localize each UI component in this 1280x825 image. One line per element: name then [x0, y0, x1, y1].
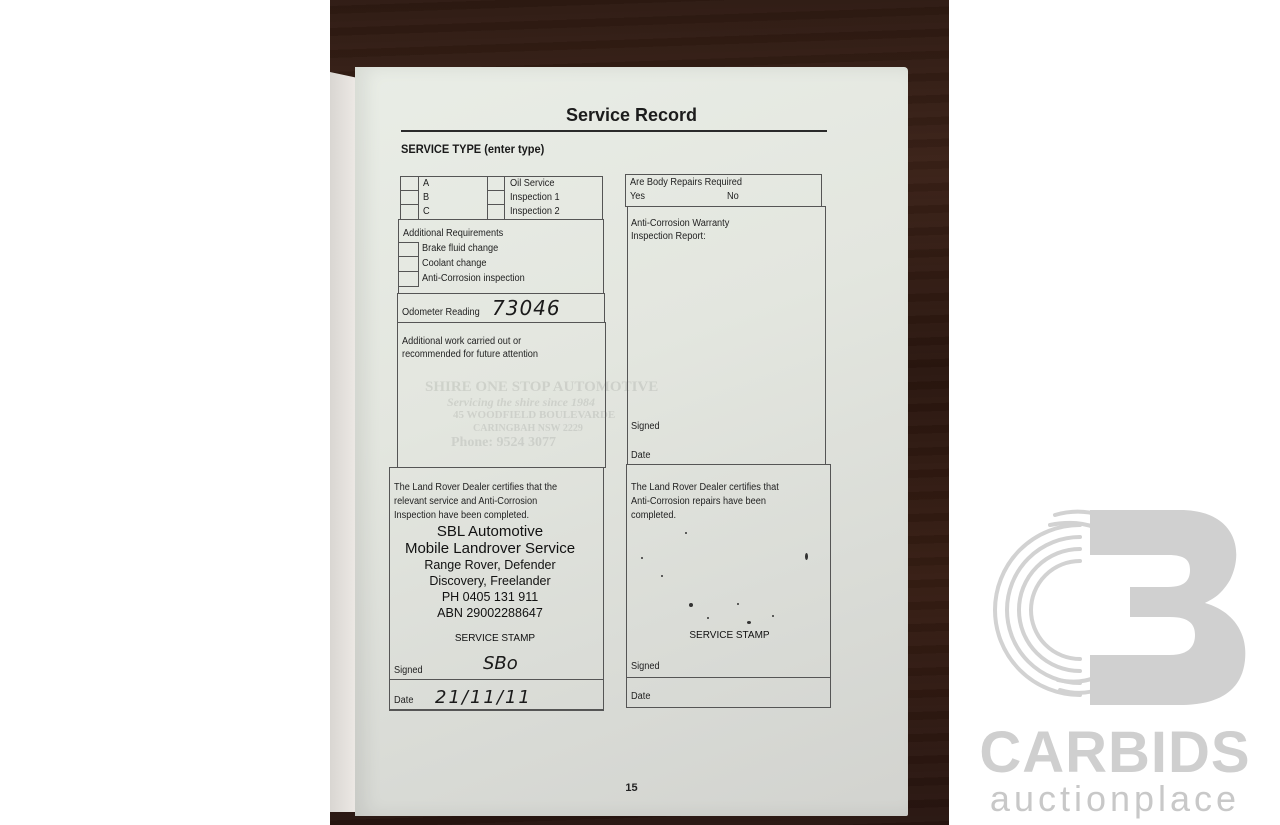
date-label-right: Date: [631, 691, 650, 702]
body-repairs-yes[interactable]: Yes: [630, 191, 645, 202]
service-type-inspection-1: Inspection 1: [510, 192, 560, 203]
warranty-label-1: Anti-Corrosion Warranty: [631, 218, 729, 229]
service-type-inspection-2: Inspection 2: [510, 206, 560, 217]
additional-work-label-2: recommended for future attention: [402, 349, 538, 360]
signed-divider: [389, 679, 604, 680]
warranty-date-label: Date: [631, 450, 650, 461]
date-value-left: 21/11/11: [435, 687, 532, 708]
ink-speck: [661, 575, 663, 577]
date-label-left: Date: [394, 695, 413, 706]
signature-left: SBo: [483, 653, 518, 674]
certification-text-line: The Land Rover Dealer certifies that: [631, 482, 779, 493]
warranty-inspection-section: Anti-Corrosion Warranty Inspection Repor…: [627, 206, 826, 465]
ink-speck: [805, 553, 808, 560]
ink-speck: [689, 603, 693, 607]
signed-label-right: Signed: [631, 661, 660, 672]
checkbox-a[interactable]: [401, 177, 419, 191]
ink-speck: [685, 532, 687, 534]
service-type-a: A: [423, 178, 429, 189]
signed-label-left: Signed: [394, 665, 423, 676]
ink-speck: [747, 621, 751, 624]
title-divider: [401, 130, 827, 132]
additional-requirements-heading: Additional Requirements: [403, 228, 503, 239]
body-repairs-no[interactable]: No: [727, 191, 739, 202]
service-type-c: C: [423, 206, 430, 217]
service-type-b: B: [423, 192, 429, 203]
checkbox-coolant[interactable]: [399, 257, 419, 272]
checkbox-b[interactable]: [401, 191, 419, 205]
page-number: 15: [355, 782, 908, 794]
checkbox-oil-service[interactable]: [487, 177, 505, 191]
requirement-coolant: Coolant change: [422, 258, 486, 269]
odometer-value: 73046: [492, 296, 561, 320]
additional-work-field[interactable]: Additional work carried out or recommend…: [397, 322, 606, 468]
certification-text-line: Inspection have been completed.: [394, 510, 529, 521]
stamp-models-2: Discovery, Freelander: [390, 574, 590, 588]
service-type-grid: A B C Oil Service Inspection 1 Inspectio…: [400, 176, 603, 220]
service-stamp-label-right: SERVICE STAMP: [627, 630, 832, 641]
additional-requirements-section: Additional Requirements Brake fluid chan…: [398, 219, 604, 294]
requirement-brake-fluid: Brake fluid change: [422, 243, 498, 254]
ink-speck: [772, 615, 774, 617]
body-repairs-label: Are Body Repairs Required: [630, 177, 742, 188]
requirement-anti-corrosion: Anti-Corrosion inspection: [422, 273, 525, 284]
additional-work-label-1: Additional work carried out or: [402, 336, 521, 347]
stamp-models-1: Range Rover, Defender: [390, 558, 590, 572]
checkbox-anti-corrosion[interactable]: [399, 272, 419, 287]
cert-left-bottom: [389, 710, 604, 711]
facing-page-edge: [330, 72, 358, 812]
service-record-page: SHIRE ONE STOP AUTOMOTIVE Servicing the …: [355, 67, 908, 816]
warranty-label-2: Inspection Report:: [631, 231, 706, 242]
body-repairs-section: Are Body Repairs Required Yes No: [625, 174, 822, 207]
carbids-logo-icon: [980, 505, 1250, 705]
odometer-label: Odometer Reading: [402, 307, 480, 318]
dealer-certification-repairs: The Land Rover Dealer certifies that Ant…: [626, 464, 831, 708]
stamp-business-type: Mobile Landrover Service: [390, 540, 590, 557]
certification-text-line: The Land Rover Dealer certifies that the: [394, 482, 557, 493]
checkbox-c[interactable]: [401, 205, 419, 219]
service-type-oil: Oil Service: [510, 178, 554, 189]
odometer-field[interactable]: Odometer Reading 73046: [397, 293, 605, 323]
watermark-brand: CARBIDS: [970, 719, 1260, 786]
stamp-business-name: SBL Automotive: [390, 523, 590, 540]
stamp-abn: ABN 29002288647: [390, 606, 590, 620]
service-type-heading: SERVICE TYPE (enter type): [401, 142, 544, 156]
carbids-watermark: CARBIDS auctionplace: [970, 505, 1260, 815]
service-stamp-label: SERVICE STAMP: [390, 633, 600, 644]
warranty-signed-label: Signed: [631, 421, 660, 432]
checkbox-brake-fluid[interactable]: [399, 242, 419, 257]
checkbox-inspection-1[interactable]: [487, 191, 505, 205]
checkbox-inspection-2[interactable]: [487, 205, 505, 219]
certification-text-line: Anti-Corrosion repairs have been: [631, 496, 766, 507]
ink-speck: [737, 603, 739, 605]
stamp-phone: PH 0405 131 911: [390, 590, 590, 604]
date-field-right[interactable]: Date: [626, 677, 831, 708]
page-title: Service Record: [355, 105, 908, 126]
certification-text-line: completed.: [631, 510, 676, 521]
ink-speck: [641, 557, 643, 559]
booklet-photo: SHIRE ONE STOP AUTOMOTIVE Servicing the …: [330, 0, 949, 825]
certification-text-line: relevant service and Anti-Corrosion: [394, 496, 537, 507]
watermark-tagline: auctionplace: [970, 778, 1260, 820]
ink-speck: [707, 617, 709, 619]
